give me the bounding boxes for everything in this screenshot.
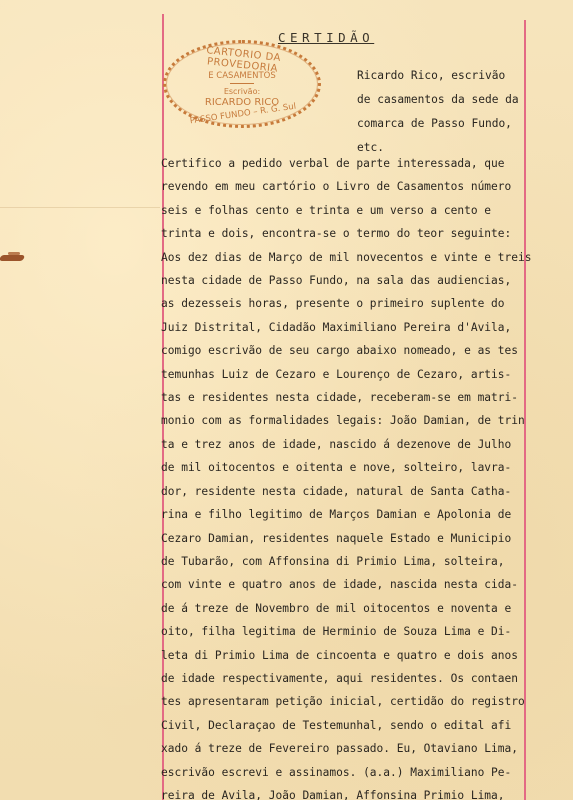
body-line: nesta cidade de Passo Fundo, na sala das…	[161, 269, 531, 292]
header-block: Ricardo Rico, escrivão de casamentos da …	[357, 64, 527, 160]
body-line: dor, residente nesta cidade, natural de …	[161, 480, 531, 503]
header-line: comarca de Passo Fundo,	[357, 112, 527, 136]
body-line: oito, filha legitima de Herminio de Souz…	[161, 620, 531, 643]
paper-fold	[0, 207, 160, 208]
header-line: de casamentos da sede da	[357, 88, 527, 112]
body-line: rina e filho legitimo de Marços Damian e…	[161, 503, 531, 526]
body-line: Civil, Declaraçao de Testemunhal, sendo …	[161, 714, 531, 737]
body-line: tes apresentaram petição inicial, certid…	[161, 690, 531, 713]
body-line: Cezaro Damian, residentes naquele Estado…	[161, 527, 531, 550]
stamp-separator	[230, 83, 254, 84]
body-line: tas e residentes nesta cidade, receberam…	[161, 386, 531, 409]
body-line: escrivão escrevi e assinamos. (a.a.) Max…	[161, 761, 531, 784]
stamp-line-2: E CASAMENTOS	[166, 71, 318, 81]
body-line: trinta e dois, encontra-se o termo do te…	[161, 222, 531, 245]
body-line: leta di Primio Lima de cincoenta e quatr…	[161, 644, 531, 667]
body-line: Juiz Distrital, Cidadão Maximiliano Pere…	[161, 316, 531, 339]
body-line: de idade respectivamente, aqui residente…	[161, 667, 531, 690]
body-line: de mil oitocentos e oitenta e nove, solt…	[161, 456, 531, 479]
body-line: Certifico a pedido verbal de parte inter…	[161, 152, 531, 175]
body-line: temunhas Luiz de Cezaro e Lourenço de Ce…	[161, 363, 531, 386]
body-line: monio com as formalidades legais: João D…	[161, 409, 531, 432]
body-line: reira de Avila, João Damian, Affonsina P…	[161, 784, 531, 800]
rust-stain	[0, 255, 25, 261]
body-line: xado á treze de Fevereiro passado. Eu, O…	[161, 737, 531, 760]
body-line: comigo escrivão de seu cargo abaixo nome…	[161, 339, 531, 362]
document-title: CERTIDÃO	[278, 30, 374, 45]
body-line: de á treze de Novembro de mil oitocentos…	[161, 597, 531, 620]
header-line: Ricardo Rico, escrivão	[357, 64, 527, 88]
body-line: Aos dez dias de Março de mil novecentos …	[161, 246, 531, 269]
body-line: de Tubarão, com Affonsina di Primio Lima…	[161, 550, 531, 573]
body-line: ta e trez anos de idade, nascido á dezen…	[161, 433, 531, 456]
certificate-body: Certifico a pedido verbal de parte inter…	[161, 152, 531, 800]
body-line: com vinte e quatro anos de idade, nascid…	[161, 573, 531, 596]
body-line: as dezesseis horas, presente o primeiro …	[161, 292, 531, 315]
stamp-line-3: Escrivão:	[166, 87, 318, 96]
body-line: seis e folhas cento e trinta e um verso …	[161, 199, 531, 222]
body-line: revendo em meu cartório o Livro de Casam…	[161, 175, 531, 198]
notary-stamp: CARTORIO DA PROVEDORIA E CASAMENTOS Escr…	[163, 40, 321, 128]
rust-stain-small	[8, 252, 20, 255]
